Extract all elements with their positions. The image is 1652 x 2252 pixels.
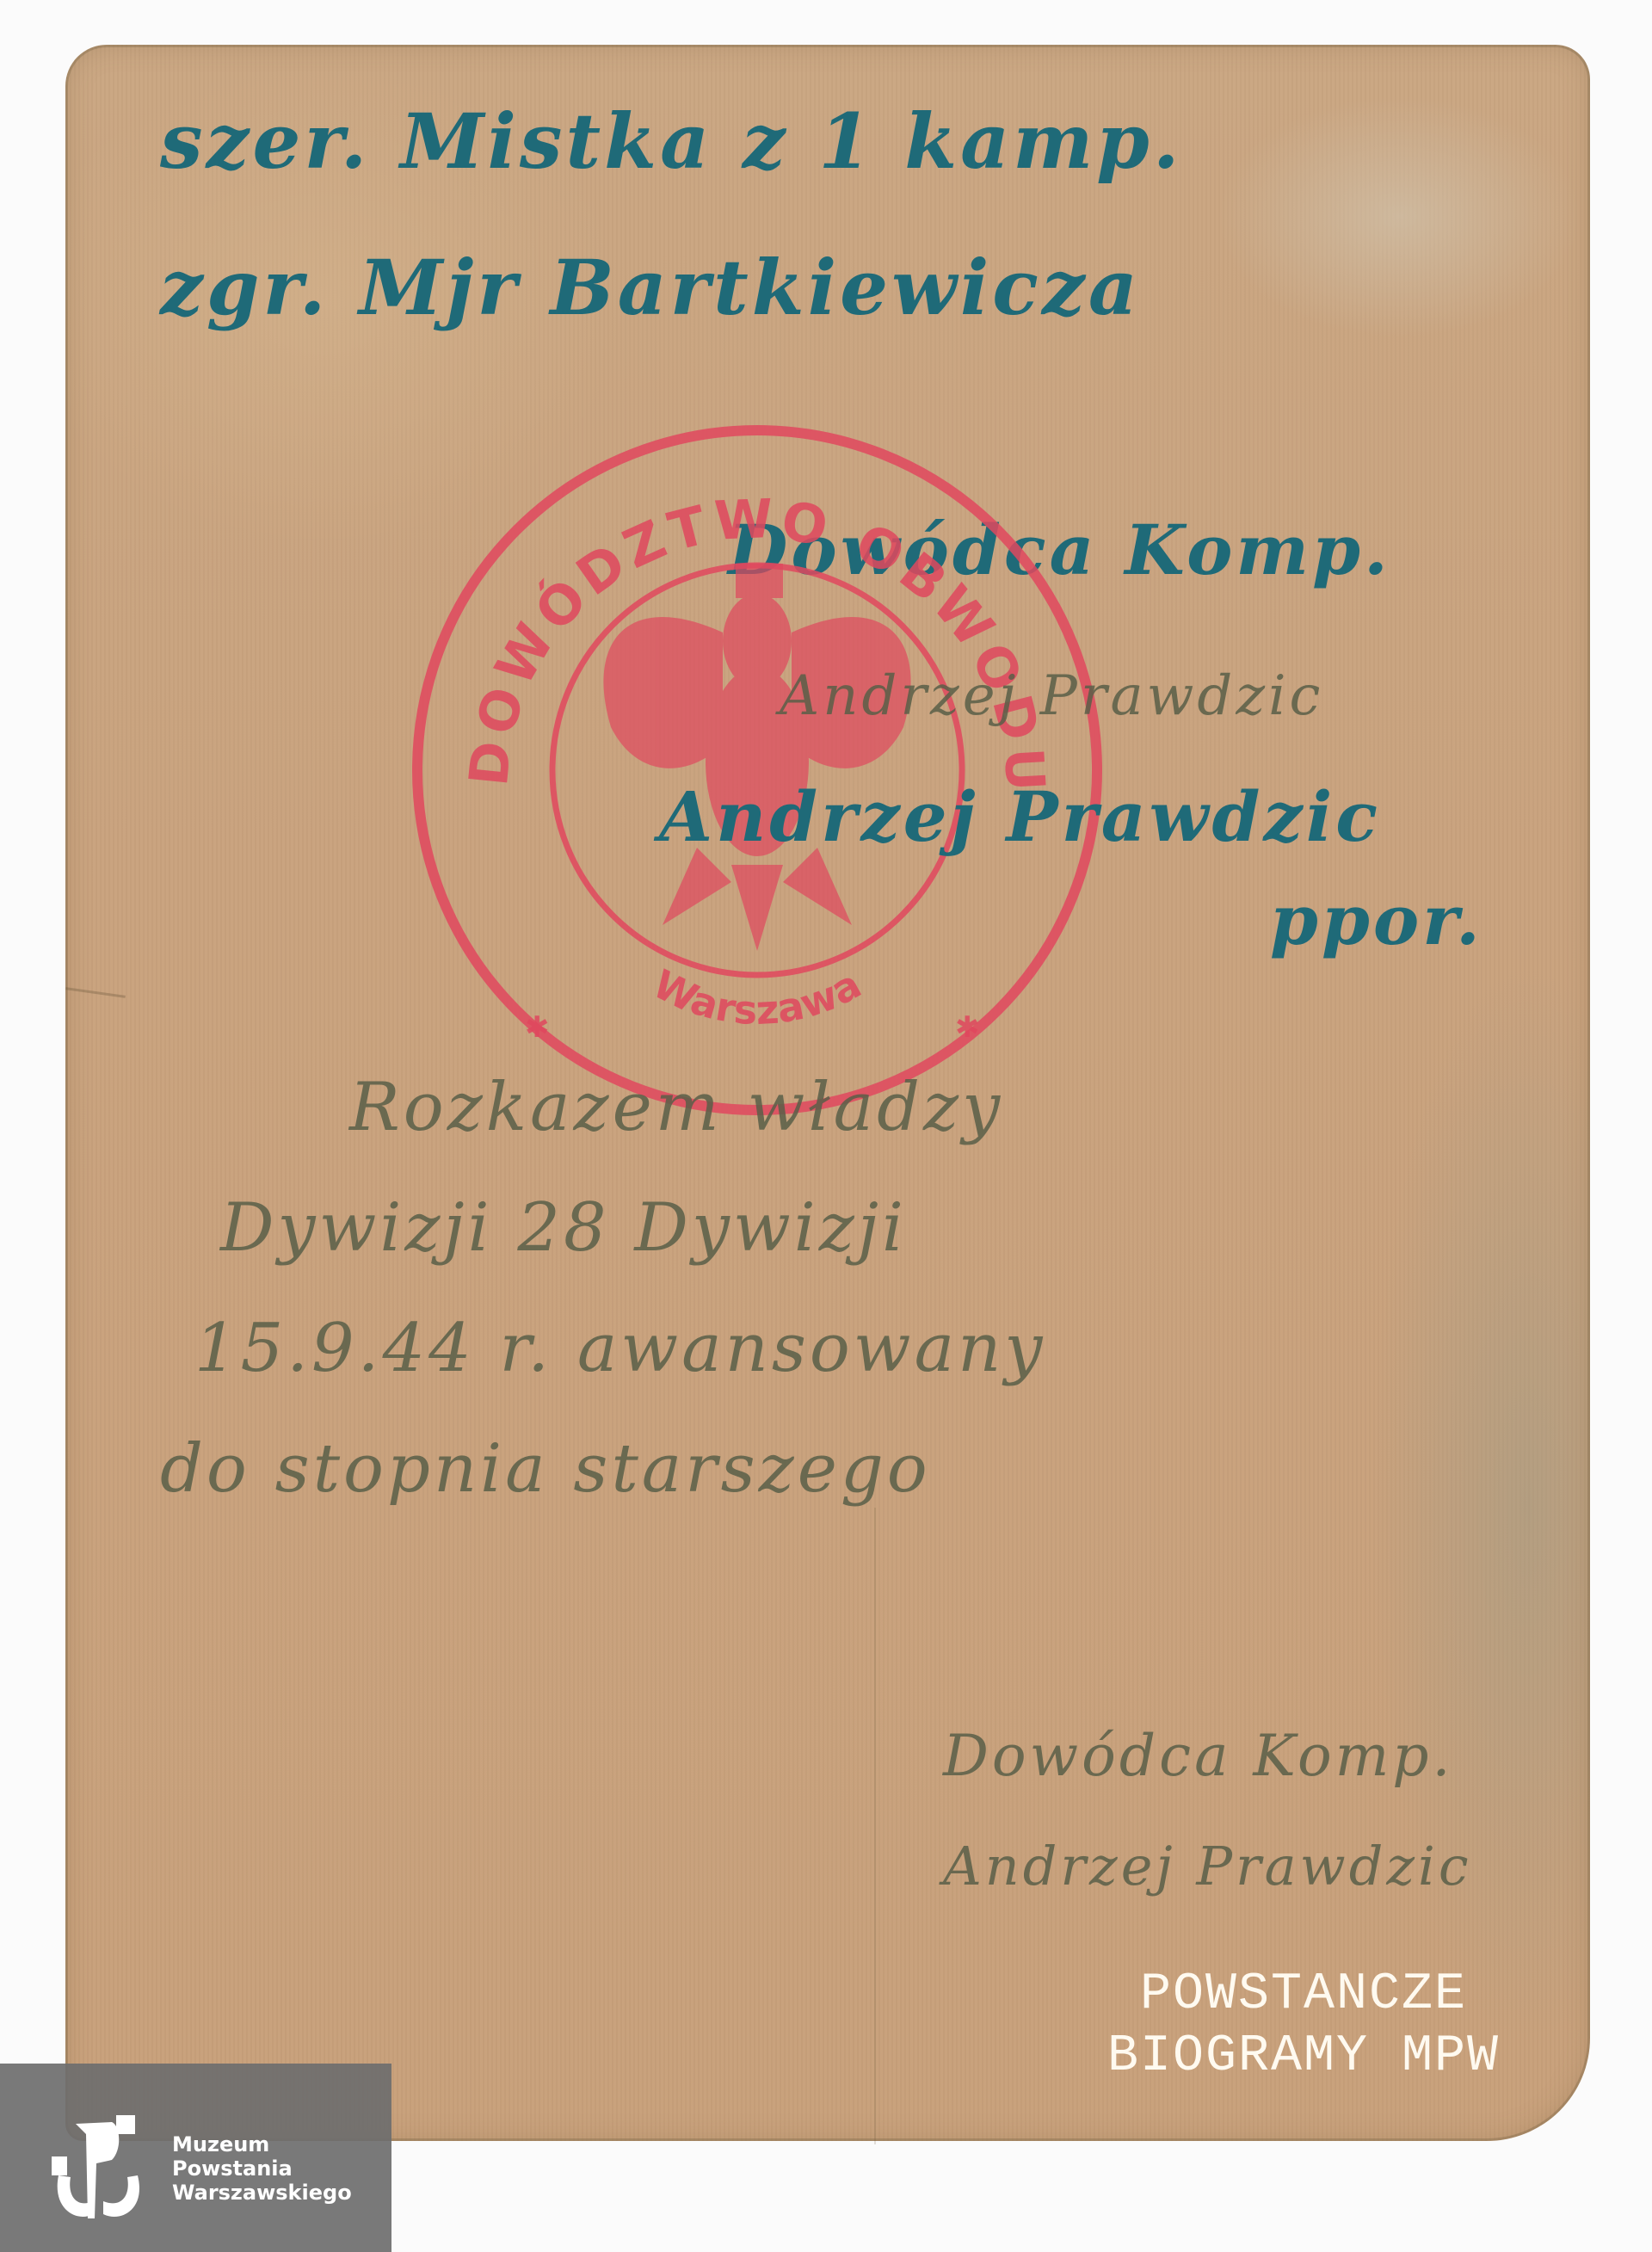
pencil-line-2: Dywizji 28 Dywizji xyxy=(220,1189,907,1267)
handwritten-line-1: szer. Mistka z 1 kamp. xyxy=(160,96,1182,186)
paper-crease xyxy=(65,987,126,998)
pencil-signature-line-2: Andrzej Prawdzic xyxy=(943,1835,1472,1897)
star-icon: ✱ xyxy=(955,1011,980,1044)
pencil-line-3: 15.9.44 r. awansowany xyxy=(194,1310,1045,1387)
watermark-line-2: BIOGRAMY MPW xyxy=(1063,2026,1544,2088)
svg-text:Warszawa: Warszawa xyxy=(646,960,869,1033)
pencil-line-1: Rozkazem władzy xyxy=(349,1069,1003,1146)
logo-line-1: Muzeum xyxy=(172,2132,352,2156)
logo-line-3: Warszawskiego xyxy=(172,2181,352,2205)
kotwica-anchor-icon xyxy=(52,2115,151,2223)
watermark: POWSTANCZE BIOGRAMY MPW xyxy=(1063,1964,1544,2088)
logo-line-2: Powstania xyxy=(172,2156,352,2181)
eagle-icon xyxy=(603,564,910,951)
handwritten-signature: Andrzej Prawdzic xyxy=(659,776,1381,857)
stamp-seal-icon: DOWÓDZTWO OBWODU ŚRÓDMIEŚCIE A.K. Warsza… xyxy=(404,417,1110,1123)
official-stamp: DOWÓDZTWO OBWODU ŚRÓDMIEŚCIE A.K. Warsza… xyxy=(404,417,1110,1123)
pencil-signature-line-1: Dowódca Komp. xyxy=(943,1723,1454,1789)
stamp-bottom-text: Warszawa xyxy=(646,960,869,1033)
paper-crease-vertical xyxy=(874,1508,876,2144)
handwritten-line-2: zgr. Mjr Bartkiewicza xyxy=(160,243,1141,332)
pencil-signature-overlay: Andrzej Prawdzic xyxy=(780,664,1323,728)
document-card: szer. Mistka z 1 kamp. zgr. Mjr Bartkiew… xyxy=(65,45,1590,2141)
pencil-line-4: do stopnia starszego xyxy=(160,1430,931,1508)
museum-logo: Muzeum Powstania Warszawskiego xyxy=(0,2064,391,2252)
watermark-line-1: POWSTANCZE xyxy=(1063,1964,1544,2026)
logo-text: Muzeum Powstania Warszawskiego xyxy=(172,2132,352,2205)
star-icon: ✱ xyxy=(525,1011,550,1044)
handwritten-rank: ppor. xyxy=(1270,879,1483,960)
